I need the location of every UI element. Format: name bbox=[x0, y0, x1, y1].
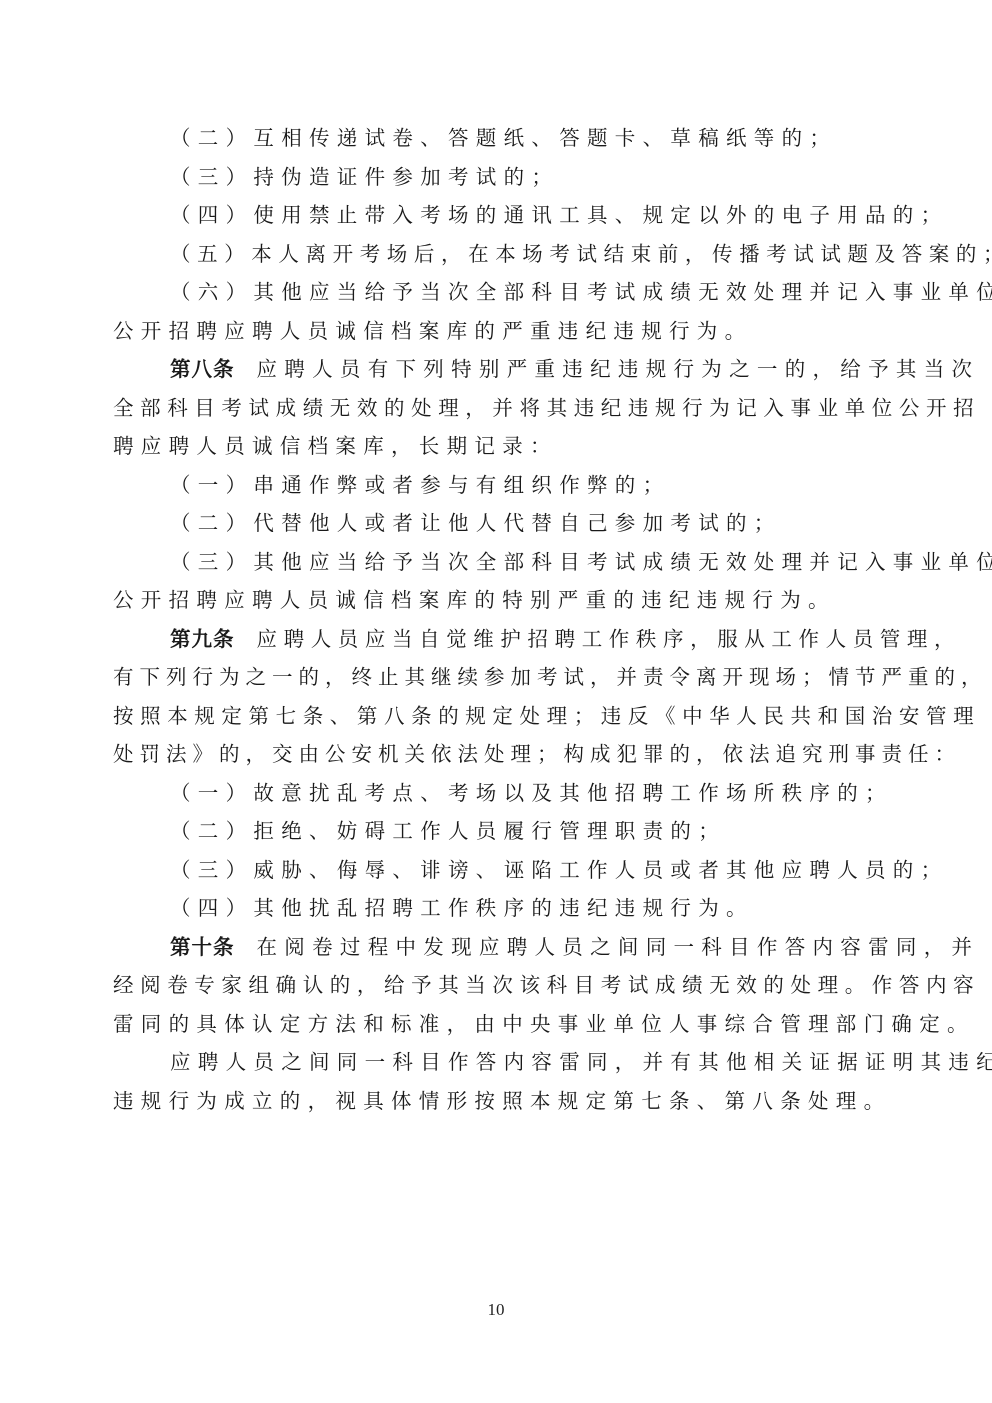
article-9-line: 第九条应聘人员应当自觉维护招聘工作秩序，服从工作人员管理， bbox=[113, 620, 875, 659]
article-line: 处罚法》的，交由公安机关依法处理；构成犯罪的，依法追究刑事责任： bbox=[113, 735, 875, 774]
list-item-line: （六）其他应当给予当次全部科目考试成绩无效处理并记入事业单位 bbox=[113, 273, 875, 312]
article-line: 经阅卷专家组确认的，给予其当次该科目考试成绩无效的处理。作答内容 bbox=[113, 966, 875, 1005]
list-item: （三）持伪造证件参加考试的； bbox=[113, 158, 875, 197]
paragraph-line: 违规行为成立的，视具体情形按照本规定第七条、第八条处理。 bbox=[113, 1082, 875, 1121]
list-item: （二）拒绝、妨碍工作人员履行管理职责的； bbox=[113, 812, 875, 851]
list-item-line: 公开招聘应聘人员诚信档案库的严重违纪违规行为。 bbox=[113, 312, 875, 351]
article-8-line: 第八条应聘人员有下列特别严重违纪违规行为之一的，给予其当次 bbox=[113, 350, 875, 389]
document-page: （二）互相传递试卷、答题纸、答题卡、草稿纸等的； （三）持伪造证件参加考试的； … bbox=[0, 0, 992, 1403]
list-item: （一）故意扰乱考点、考场以及其他招聘工作场所秩序的； bbox=[113, 774, 875, 813]
paragraph-line: 应聘人员之间同一科目作答内容雷同，并有其他相关证据证明其违纪 bbox=[113, 1043, 875, 1082]
list-item: （一）串通作弊或者参与有组织作弊的； bbox=[113, 466, 875, 505]
article-text: 应聘人员有下列特别严重违纪违规行为之一的，给予其当次 bbox=[257, 357, 980, 381]
list-item: （四）其他扰乱招聘工作秩序的违纪违规行为。 bbox=[113, 889, 875, 928]
article-line: 按照本规定第七条、第八条的规定处理；违反《中华人民共和国治安管理 bbox=[113, 697, 875, 736]
article-10-line: 第十条在阅卷过程中发现应聘人员之间同一科目作答内容雷同，并 bbox=[113, 928, 875, 967]
article-number: 第十条 bbox=[170, 935, 235, 959]
page-number: 10 bbox=[0, 1300, 992, 1320]
list-item: （二）代替他人或者让他人代替自己参加考试的； bbox=[113, 504, 875, 543]
article-number: 第八条 bbox=[170, 357, 235, 381]
list-item: （五）本人离开考场后，在本场考试结束前，传播考试试题及答案的； bbox=[113, 235, 875, 274]
article-line: 雷同的具体认定方法和标准，由中央事业单位人事综合管理部门确定。 bbox=[113, 1005, 875, 1044]
document-body: （二）互相传递试卷、答题纸、答题卡、草稿纸等的； （三）持伪造证件参加考试的； … bbox=[113, 119, 875, 1120]
list-item: （三）威胁、侮辱、诽谤、诬陷工作人员或者其他应聘人员的； bbox=[113, 851, 875, 890]
article-line: 全部科目考试成绩无效的处理，并将其违纪违规行为记入事业单位公开招 bbox=[113, 389, 875, 428]
article-line: 有下列行为之一的，终止其继续参加考试，并责令离开现场；情节严重的， bbox=[113, 658, 875, 697]
article-number: 第九条 bbox=[170, 627, 235, 651]
article-text: 在阅卷过程中发现应聘人员之间同一科目作答内容雷同，并 bbox=[257, 935, 980, 959]
article-line: 聘应聘人员诚信档案库，长期记录： bbox=[113, 427, 875, 466]
list-item: （二）互相传递试卷、答题纸、答题卡、草稿纸等的； bbox=[113, 119, 875, 158]
article-text: 应聘人员应当自觉维护招聘工作秩序，服从工作人员管理， bbox=[257, 627, 962, 651]
list-item: （四）使用禁止带入考场的通讯工具、规定以外的电子用品的； bbox=[113, 196, 875, 235]
list-item-line: 公开招聘应聘人员诚信档案库的特别严重的违纪违规行为。 bbox=[113, 581, 875, 620]
list-item-line: （三）其他应当给予当次全部科目考试成绩无效处理并记入事业单位 bbox=[113, 543, 875, 582]
